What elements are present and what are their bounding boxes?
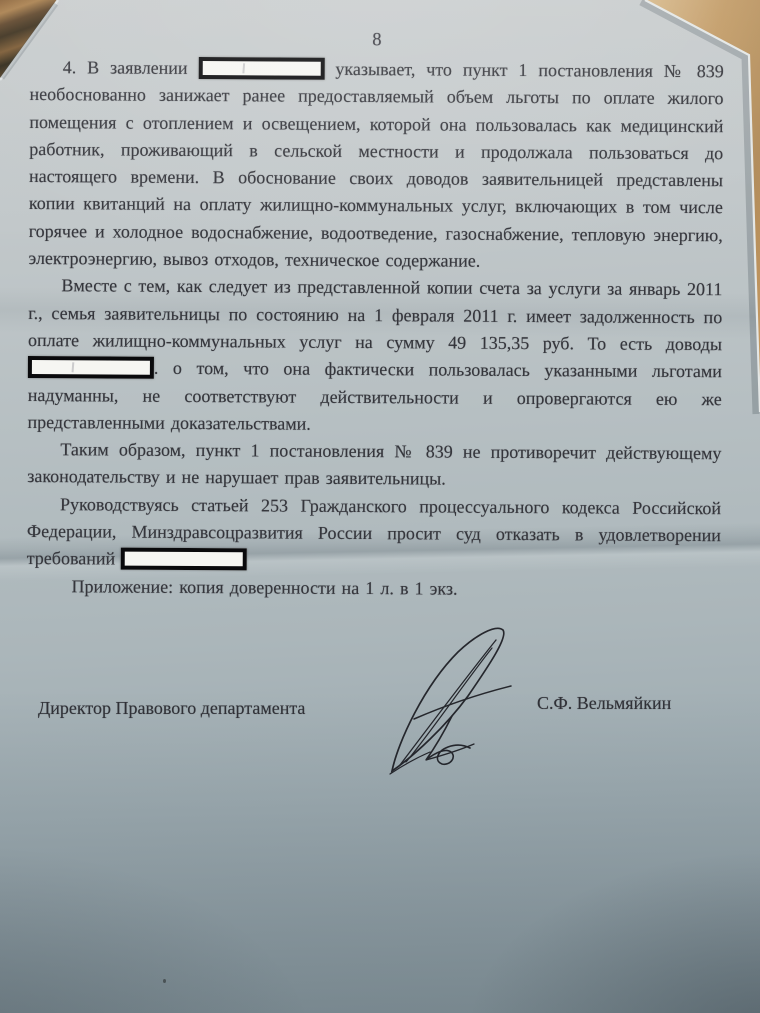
signatory-title: Директор Правового департамента [38,698,305,719]
text-run: Таким образом, пункт 1 постановления № 8… [27,439,721,489]
paper-speck [163,979,166,983]
document-text: 8 4. В заявлении указывает, что пункт 1 … [26,26,723,604]
redaction-box [198,57,324,80]
paragraph: Вместе с тем, как следует из представлен… [27,272,722,440]
text-run: Вместе с тем, как следует из представлен… [28,276,722,355]
paragraph: Руководствуясь статьей 253 Гражданского … [27,491,721,577]
paper-sheet: 8 4. В заявлении указывает, что пункт 1 … [0,0,760,1013]
paragraph: Таким образом, пункт 1 постановления № 8… [27,436,721,495]
text-run: Приложение: копия доверенности на 1 л. в… [72,576,458,598]
redaction-box [121,548,247,571]
signatory-name: С.Ф. Вельмяйкин [537,693,671,714]
text-run: указывает, что пункт 1 постановления № 8… [29,59,724,271]
page-number: 8 [30,26,724,54]
handwritten-signature [384,624,518,784]
text-run: 4. В заявлении [63,57,199,78]
document-body: 4. В заявлении указывает, что пункт 1 по… [26,54,723,604]
paragraph: 4. В заявлении указывает, что пункт 1 по… [28,54,723,277]
redaction-box [28,356,154,379]
attachment-line: Приложение: копия доверенности на 1 л. в… [26,573,720,605]
